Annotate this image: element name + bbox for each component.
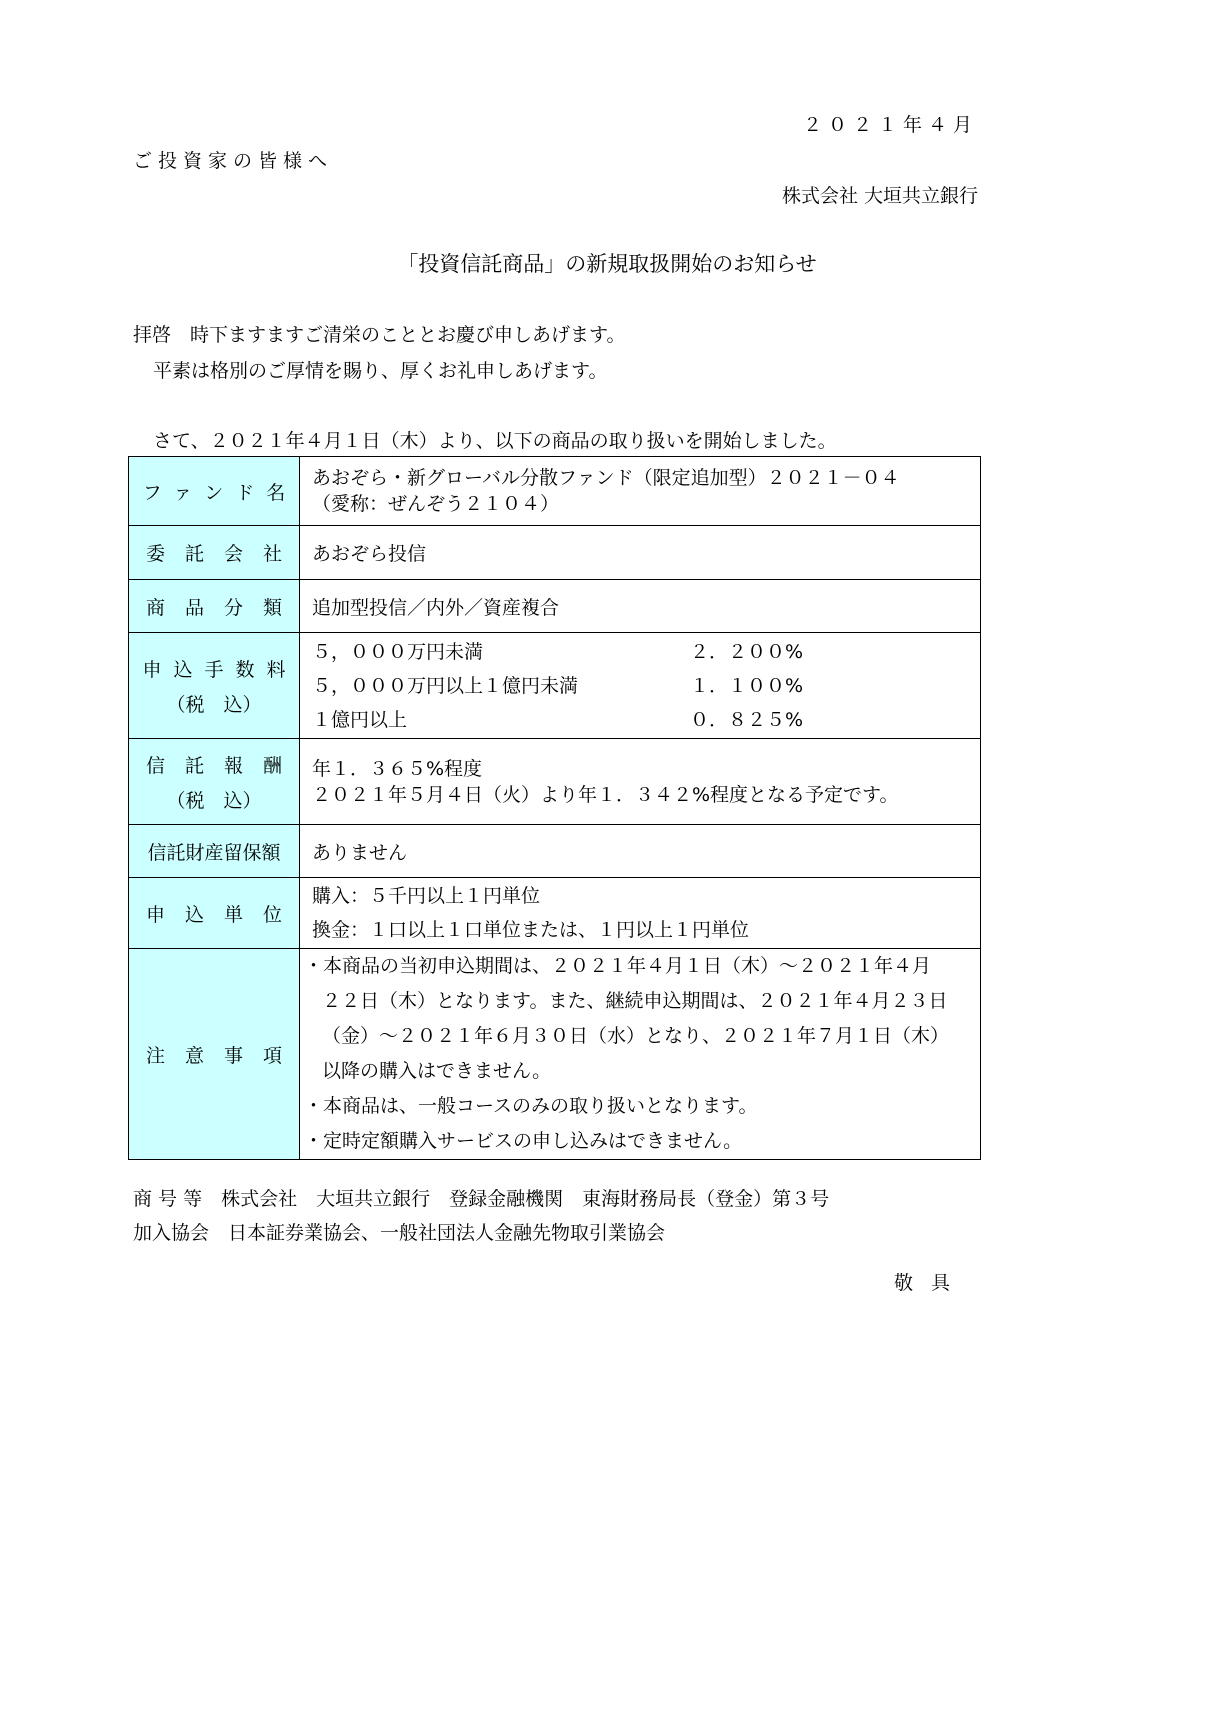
subscription-fee-value: ５，０００万円未満 ２．２００% ５，０００万円以上１億円未満 １．１００% １… xyxy=(300,633,981,739)
trust-fee-value: 年１．３６５%程度 ２０２１年５月４日（火）より年１．３４２%程度となる予定です… xyxy=(300,739,981,825)
note-item-2: ・本商品は、一般コースのみの取り扱いとなります。 xyxy=(304,1089,980,1124)
management-company-label: 委託会社 xyxy=(129,526,300,580)
retention-value: ありません xyxy=(300,825,981,878)
fee-tier: ５，０００万円以上１億円未満 １．１００% xyxy=(312,669,980,703)
table-row-trust-fee: 信託報酬 （税 込） 年１．３６５%程度 ２０２１年５月４日（火）より年１．３４… xyxy=(129,739,981,825)
product-category-value: 追加型投信／内外／資産複合 xyxy=(300,580,981,633)
registration-info: 商 号 等 株式会社 大垣共立銀行 登録金融機関 東海財務局長（登金）第３号 xyxy=(133,1184,829,1211)
intro-paragraph: さて、２０２１年４月１日（木）より、以下の商品の取り扱いを開始しました。 xyxy=(153,426,837,453)
notes-label: 注意事項 xyxy=(129,949,300,1160)
fund-name-label: ファンド名 xyxy=(129,457,300,526)
fee-tier: ５，０００万円未満 ２．２００% xyxy=(312,635,980,669)
retention-label: 信託財産留保額 xyxy=(129,825,300,878)
purchase-unit: 購入：５千円以上１円単位 xyxy=(312,879,980,913)
unit-value: 購入：５千円以上１円単位 換金：１口以上１口単位または、１円以上１円単位 xyxy=(300,878,981,949)
note-item-1-line: 以降の購入はできません。 xyxy=(304,1054,980,1089)
note-item-3: ・定時定額購入サービスの申し込みはできません。 xyxy=(304,1124,980,1159)
fee-tier: １億円以上 ０．８２５% xyxy=(312,703,980,737)
subscription-fee-label: 申込手数料 （税 込） xyxy=(129,633,300,739)
tax-included-note: （税 込） xyxy=(129,690,299,717)
document-title: 「投資信託商品」の新規取扱開始のお知らせ xyxy=(0,248,1210,278)
redemption-unit: 換金：１口以上１口単位または、１円以上１円単位 xyxy=(312,913,980,947)
product-info-table: ファンド名 あおぞら・新グローバル分散ファンド（限定追加型）２０２１－０４ （愛… xyxy=(128,456,981,1160)
association-info: 加入協会 日本証券業協会、一般社団法人金融先物取引業協会 xyxy=(133,1218,665,1245)
table-row-product-category: 商品分類 追加型投信／内外／資産複合 xyxy=(129,580,981,633)
sender-company: 株式会社 大垣共立銀行 xyxy=(782,181,978,208)
closing-phrase: 敬具 xyxy=(894,1268,968,1295)
document-date: ２０２１年４月 xyxy=(803,110,978,137)
addressee: ご投資家の皆様へ xyxy=(133,146,333,173)
unit-label: 申込単位 xyxy=(129,878,300,949)
thanks-paragraph: 平素は格別のご厚情を賜り、厚くお礼申しあげます。 xyxy=(153,356,607,383)
fund-name-value: あおぞら・新グローバル分散ファンド（限定追加型）２０２１－０４ （愛称：ぜんぞう… xyxy=(300,457,981,526)
trust-fee-label: 信託報酬 （税 込） xyxy=(129,739,300,825)
product-category-label: 商品分類 xyxy=(129,580,300,633)
table-row-notes: 注意事項 ・本商品の当初申込期間は、２０２１年４月１日（木）～２０２１年４月 ２… xyxy=(129,949,981,1160)
table-row-retention: 信託財産留保額 ありません xyxy=(129,825,981,878)
note-item-1-line: ２２日（木）となります。また、継続申込期間は、２０２１年４月２３日 xyxy=(304,984,980,1019)
fund-name-line1: あおぞら・新グローバル分散ファンド（限定追加型）２０２１－０４ xyxy=(312,465,980,491)
note-item-1-line: ・本商品の当初申込期間は、２０２１年４月１日（木）～２０２１年４月 xyxy=(304,949,980,984)
notes-value: ・本商品の当初申込期間は、２０２１年４月１日（木）～２０２１年４月 ２２日（木）… xyxy=(300,949,981,1160)
greeting-paragraph: 拝啓 時下ますますご清栄のこととお慶び申しあげます。 xyxy=(133,320,625,347)
table-row-management-company: 委託会社 あおぞら投信 xyxy=(129,526,981,580)
table-row-unit: 申込単位 購入：５千円以上１円単位 換金：１口以上１口単位または、１円以上１円単… xyxy=(129,878,981,949)
tax-included-note: （税 込） xyxy=(129,786,299,813)
note-item-1-line: （金）～２０２１年６月３０日（水）となり、２０２１年７月１日（木） xyxy=(304,1019,980,1054)
table-row-fund-name: ファンド名 あおぞら・新グローバル分散ファンド（限定追加型）２０２１－０４ （愛… xyxy=(129,457,981,526)
table-row-subscription-fee: 申込手数料 （税 込） ５，０００万円未満 ２．２００% ５，０００万円以上１億… xyxy=(129,633,981,739)
management-company-value: あおぞら投信 xyxy=(300,526,981,580)
fund-name-nickname: （愛称：ぜんぞう２１０４） xyxy=(312,491,980,517)
